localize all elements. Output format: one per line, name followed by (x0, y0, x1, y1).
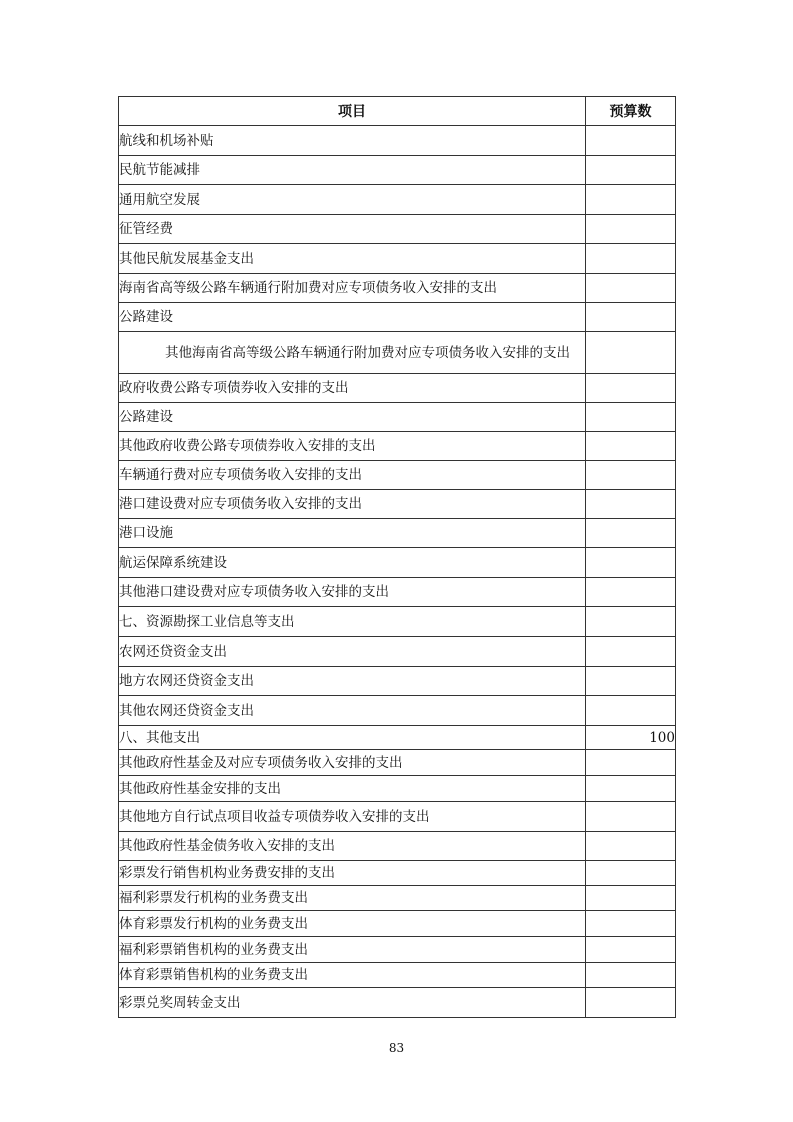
row-item-label: 其他政府收费公路专项债券收入安排的支出 (119, 432, 586, 461)
row-budget-value (586, 461, 676, 490)
row-item-label: 农网还贷资金支出 (119, 637, 586, 667)
row-item-label: 政府收费公路专项债券收入安排的支出 (119, 374, 586, 403)
row-budget-value (586, 988, 676, 1018)
table-row: 港口设施 (119, 519, 676, 548)
row-item-label: 其他政府性基金及对应专项债务收入安排的支出 (119, 750, 586, 776)
table-row: 车辆通行费对应专项债务收入安排的支出 (119, 461, 676, 490)
row-budget-value (586, 126, 676, 156)
row-budget-value (586, 607, 676, 637)
row-budget-value (586, 667, 676, 696)
row-item-label: 其他政府性基金债务收入安排的支出 (119, 832, 586, 861)
table-row: 其他政府性基金安排的支出 (119, 776, 676, 802)
budget-table: 项目 预算数 航线和机场补贴民航节能减排通用航空发展征管经费其他民航发展基金支出… (118, 96, 676, 1018)
row-budget-value (586, 490, 676, 519)
row-item-label: 港口建设费对应专项债务收入安排的支出 (119, 490, 586, 519)
row-budget-value (586, 332, 676, 374)
column-header-item: 项目 (119, 97, 586, 126)
table-row: 航运保障系统建设 (119, 548, 676, 578)
table-header-row: 项目 预算数 (119, 97, 676, 126)
table-row: 其他港口建设费对应专项债务收入安排的支出 (119, 578, 676, 607)
table-row: 民航节能减排 (119, 156, 676, 185)
row-item-label: 征管经费 (119, 215, 586, 244)
row-item-label: 公路建设 (119, 303, 586, 332)
table-row: 彩票发行销售机构业务费安排的支出 (119, 861, 676, 886)
row-item-label: 地方农网还贷资金支出 (119, 667, 586, 696)
row-item-label: 彩票兑奖周转金支出 (119, 988, 586, 1018)
row-item-label: 其他海南省高等级公路车辆通行附加费对应专项债务收入安排的支出 (119, 332, 586, 374)
row-item-label: 彩票发行销售机构业务费安排的支出 (119, 861, 586, 886)
row-budget-value (586, 185, 676, 215)
row-budget-value (586, 303, 676, 332)
table-row: 征管经费 (119, 215, 676, 244)
table-row: 其他民航发展基金支出 (119, 244, 676, 274)
table-row: 其他政府收费公路专项债券收入安排的支出 (119, 432, 676, 461)
row-item-label: 航运保障系统建设 (119, 548, 586, 578)
row-budget-value (586, 963, 676, 988)
table-row: 其他农网还贷资金支出 (119, 696, 676, 726)
row-budget-value (586, 519, 676, 548)
row-budget-value (586, 156, 676, 185)
row-item-label: 其他港口建设费对应专项债务收入安排的支出 (119, 578, 586, 607)
row-item-label: 其他农网还贷资金支出 (119, 696, 586, 726)
column-header-budget: 预算数 (586, 97, 676, 126)
row-item-label: 其他地方自行试点项目收益专项债券收入安排的支出 (119, 802, 586, 832)
table-row: 公路建设 (119, 403, 676, 432)
row-budget-value (586, 776, 676, 802)
page-number: 83 (0, 1041, 793, 1055)
row-item-text: 其他海南省高等级公路车辆通行附加费对应专项债务收入安排的支出 (119, 343, 585, 363)
table-row: 体育彩票销售机构的业务费支出 (119, 963, 676, 988)
row-budget-value (586, 861, 676, 886)
table-row: 海南省高等级公路车辆通行附加费对应专项债务收入安排的支出 (119, 274, 676, 303)
row-item-label: 其他民航发展基金支出 (119, 244, 586, 274)
row-budget-value (586, 548, 676, 578)
table-row: 福利彩票销售机构的业务费支出 (119, 937, 676, 963)
row-item-label: 航线和机场补贴 (119, 126, 586, 156)
row-item-label: 港口设施 (119, 519, 586, 548)
row-budget-value (586, 374, 676, 403)
row-budget-value (586, 403, 676, 432)
table-row: 八、其他支出100 (119, 726, 676, 750)
row-budget-value (586, 911, 676, 937)
table-row: 公路建设 (119, 303, 676, 332)
row-item-label: 海南省高等级公路车辆通行附加费对应专项债务收入安排的支出 (119, 274, 586, 303)
table-row: 地方农网还贷资金支出 (119, 667, 676, 696)
row-budget-value (586, 215, 676, 244)
row-budget-value (586, 432, 676, 461)
row-item-label: 七、资源勘探工业信息等支出 (119, 607, 586, 637)
row-item-label: 八、其他支出 (119, 726, 586, 750)
row-item-label: 其他政府性基金安排的支出 (119, 776, 586, 802)
row-budget-value: 100 (586, 726, 676, 750)
row-item-label: 民航节能减排 (119, 156, 586, 185)
row-item-label: 通用航空发展 (119, 185, 586, 215)
row-budget-value (586, 886, 676, 911)
row-budget-value (586, 832, 676, 861)
row-item-label: 体育彩票销售机构的业务费支出 (119, 963, 586, 988)
row-budget-value (586, 637, 676, 667)
row-item-label: 体育彩票发行机构的业务费支出 (119, 911, 586, 937)
row-budget-value (586, 578, 676, 607)
table-row: 福利彩票发行机构的业务费支出 (119, 886, 676, 911)
table-row: 七、资源勘探工业信息等支出 (119, 607, 676, 637)
row-budget-value (586, 696, 676, 726)
table-row: 其他地方自行试点项目收益专项债券收入安排的支出 (119, 802, 676, 832)
table-row: 彩票兑奖周转金支出 (119, 988, 676, 1018)
row-item-label: 公路建设 (119, 403, 586, 432)
row-budget-value (586, 750, 676, 776)
row-budget-value (586, 802, 676, 832)
table-row: 港口建设费对应专项债务收入安排的支出 (119, 490, 676, 519)
table-row: 航线和机场补贴 (119, 126, 676, 156)
row-budget-value (586, 274, 676, 303)
row-item-label: 福利彩票发行机构的业务费支出 (119, 886, 586, 911)
row-budget-value (586, 937, 676, 963)
table-row: 体育彩票发行机构的业务费支出 (119, 911, 676, 937)
row-budget-value (586, 244, 676, 274)
table-row: 通用航空发展 (119, 185, 676, 215)
table-row: 政府收费公路专项债券收入安排的支出 (119, 374, 676, 403)
table-row: 农网还贷资金支出 (119, 637, 676, 667)
row-item-label: 福利彩票销售机构的业务费支出 (119, 937, 586, 963)
table-row: 其他政府性基金债务收入安排的支出 (119, 832, 676, 861)
table-row: 其他海南省高等级公路车辆通行附加费对应专项债务收入安排的支出 (119, 332, 676, 374)
table-row: 其他政府性基金及对应专项债务收入安排的支出 (119, 750, 676, 776)
row-item-label: 车辆通行费对应专项债务收入安排的支出 (119, 461, 586, 490)
